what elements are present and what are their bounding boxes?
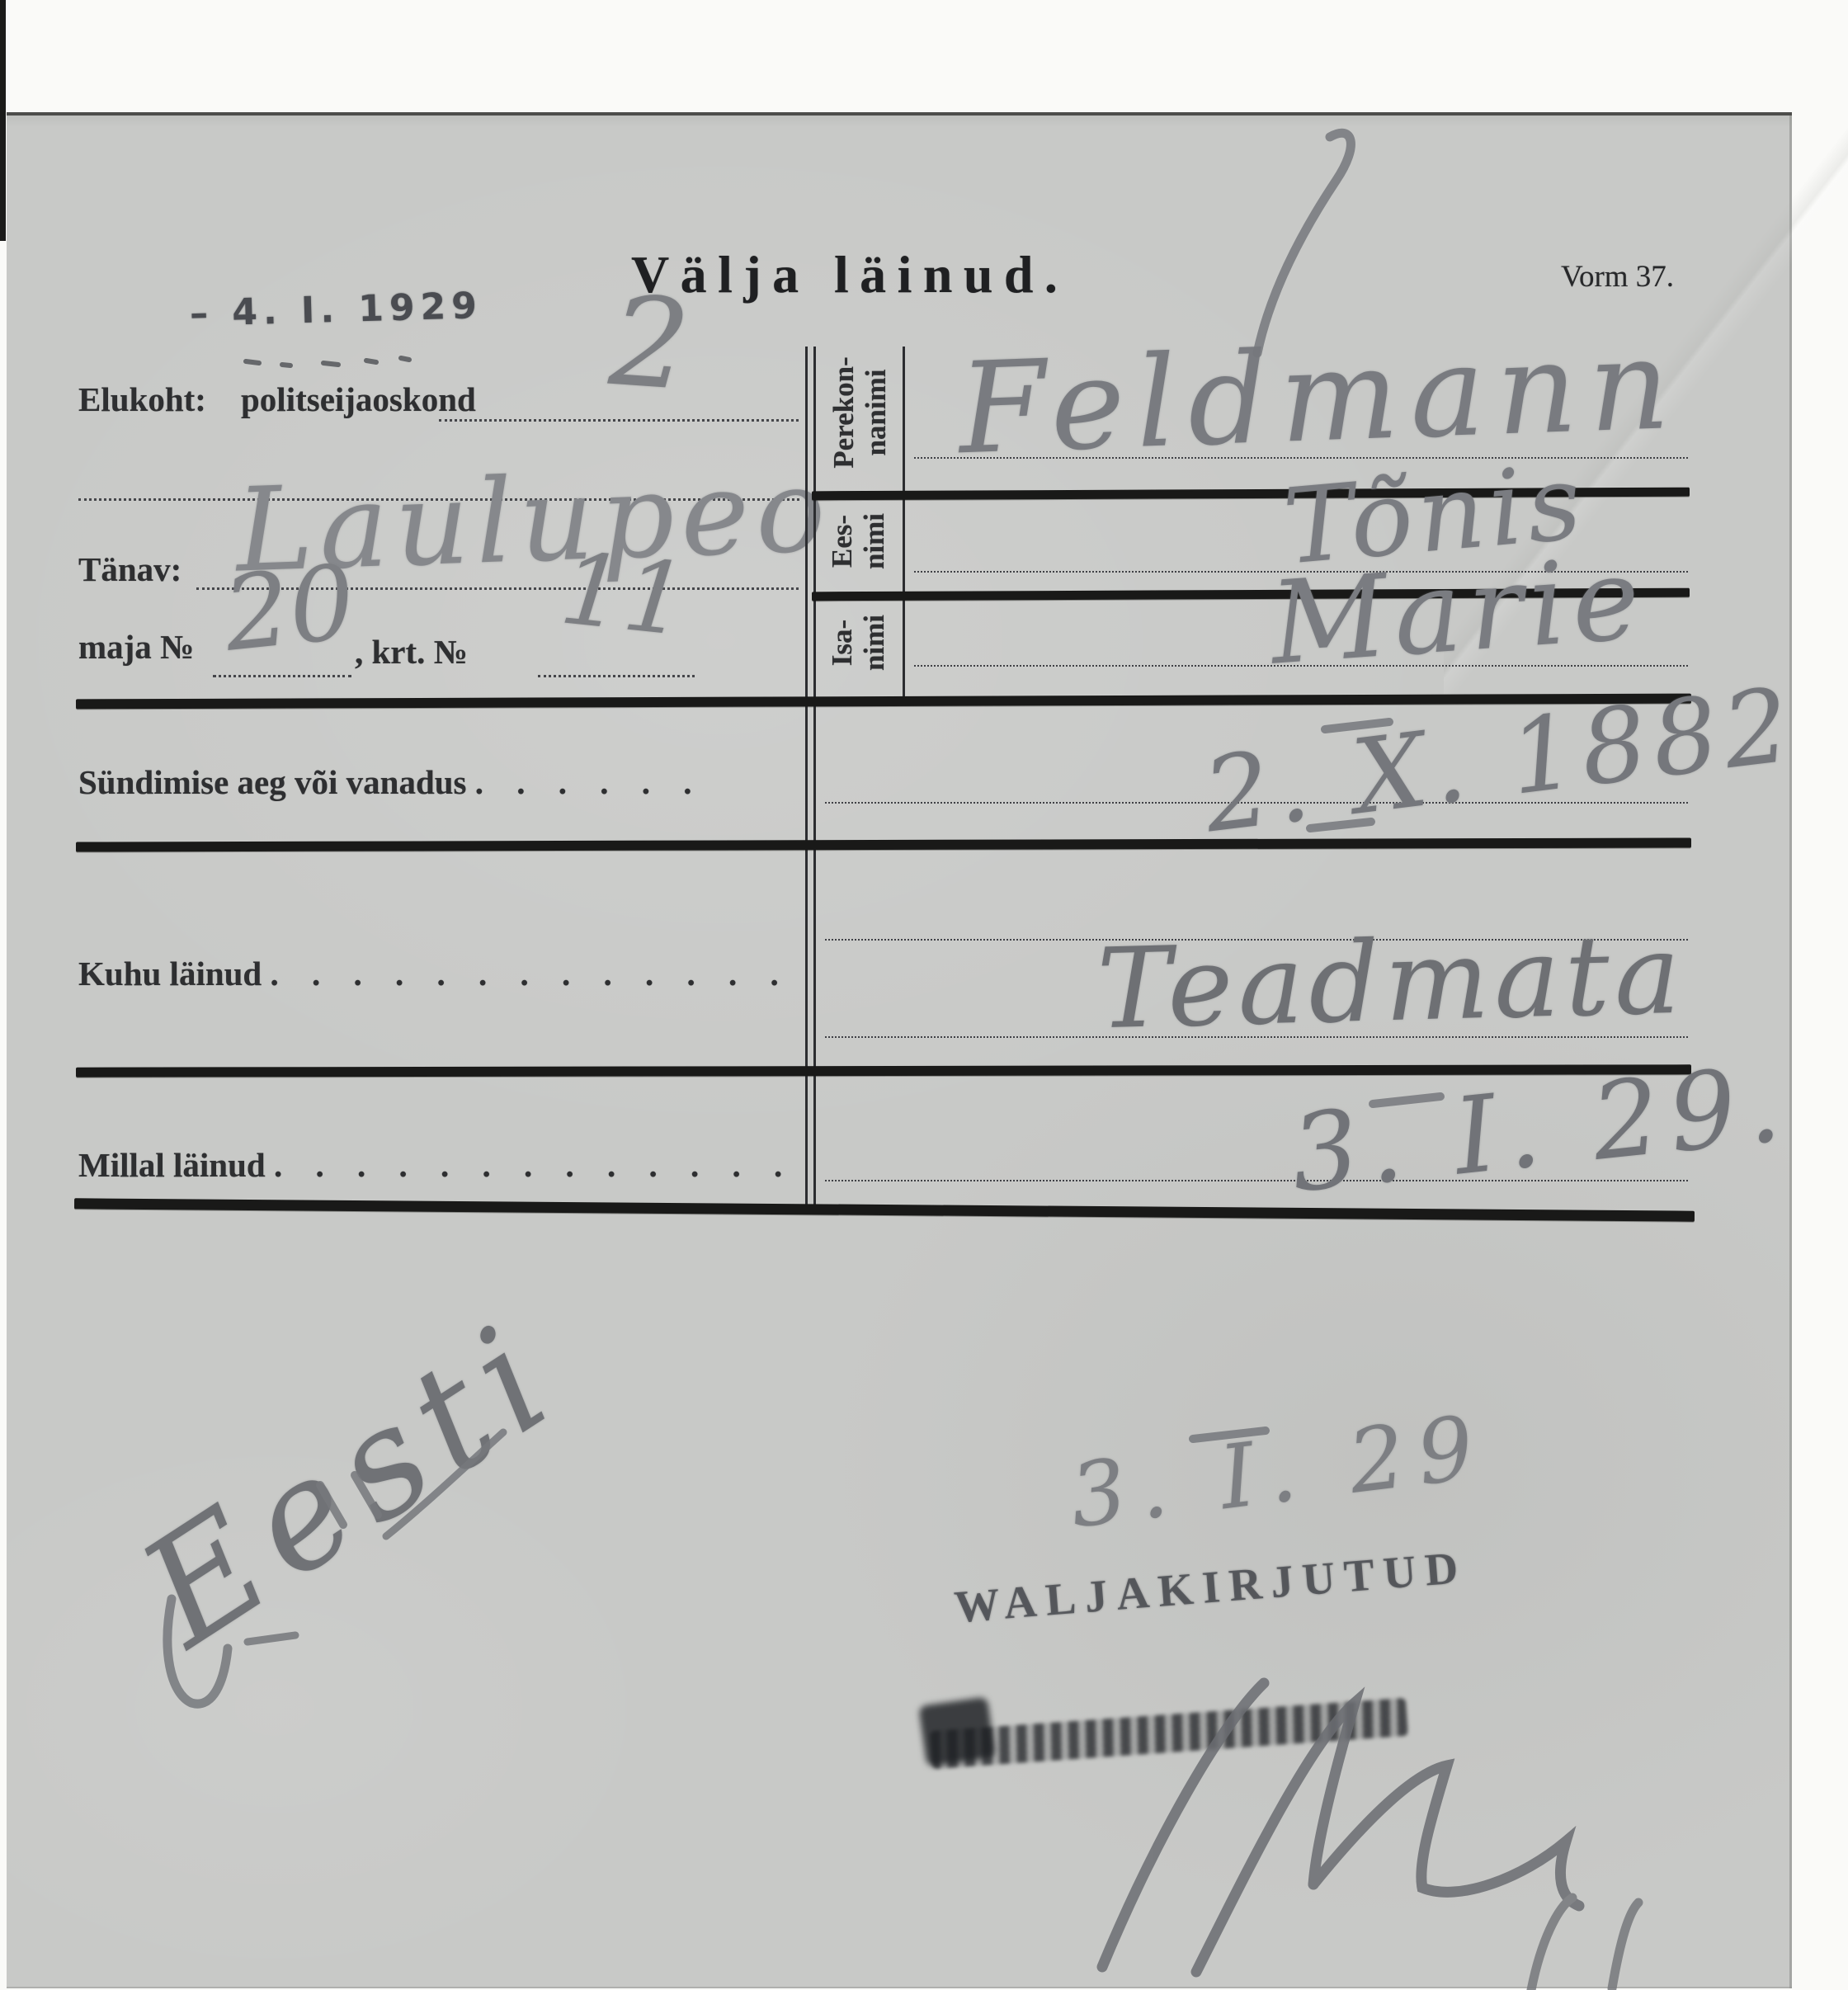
scanner-edge-strip	[0, 0, 6, 241]
birth-label-dots: . . . . . .	[475, 763, 705, 801]
first-name-vertical-label: Ees- nimi	[818, 490, 898, 592]
dotted-line-apartment	[538, 675, 695, 677]
family-name-vertical-label: Perekon- nanimi	[817, 342, 903, 483]
dotted-line-destination-2	[825, 1036, 1688, 1038]
father-name-vertical-label: Isa- nimi	[818, 592, 898, 694]
house-label: maja №	[78, 627, 194, 667]
apartment-label: , krt. №	[355, 632, 468, 672]
birth-label: Sündimise aeg või vanadus . . . . . .	[78, 762, 705, 802]
dotted-line-residence	[439, 419, 799, 422]
handwriting-house-number: 20	[219, 543, 361, 675]
destination-label-dots: . . . . . . . . . . . . .	[271, 955, 791, 993]
dotted-line-house	[213, 675, 351, 677]
destination-label: Kuhu läinud . . . . . . . . . . . . .	[78, 954, 791, 993]
residence-preprinted-value: politseijaoskond	[241, 380, 476, 419]
handwriting-apartment-number: 11	[555, 531, 692, 658]
family-name-label-line1: Perekon-	[827, 356, 860, 468]
received-date-stamp: – 4. I. 1929	[189, 285, 483, 335]
name-label-separator-line	[903, 347, 905, 700]
father-name-label-line1: Isa-	[826, 620, 858, 666]
street-label: Tänav:	[78, 549, 181, 589]
handwriting-father-name: Marie	[1266, 531, 1650, 690]
handwriting-destination: Teadmata	[1096, 910, 1686, 1054]
scanned-document: { "header": { "received_stamp_date": "– …	[0, 0, 1848, 1990]
father-name-label-line2: nimi	[858, 615, 890, 671]
form-number: Vorm 37.	[1561, 259, 1674, 295]
column-divider-double-line	[805, 347, 816, 1214]
departure-label-text: Millal läinud	[78, 1146, 266, 1184]
first-name-label-line2: nimi	[858, 513, 890, 569]
first-name-label-line1: Ees-	[826, 515, 858, 568]
form-title: Välja läinud.	[631, 244, 1068, 305]
departure-label-dots: . . . . . . . . . . . . .	[274, 1146, 794, 1184]
birth-label-text: Sündimise aeg või vanadus	[78, 763, 467, 801]
family-name-label-line2: nanimi	[860, 369, 892, 455]
residence-label: Elukoht:	[78, 380, 206, 419]
stamp-smudge-blob	[918, 1697, 995, 1767]
departure-label: Millal läinud . . . . . . . . . . . . .	[78, 1145, 794, 1185]
handwriting-district-number: 2	[606, 270, 694, 418]
destination-label-text: Kuhu läinud	[78, 955, 262, 993]
